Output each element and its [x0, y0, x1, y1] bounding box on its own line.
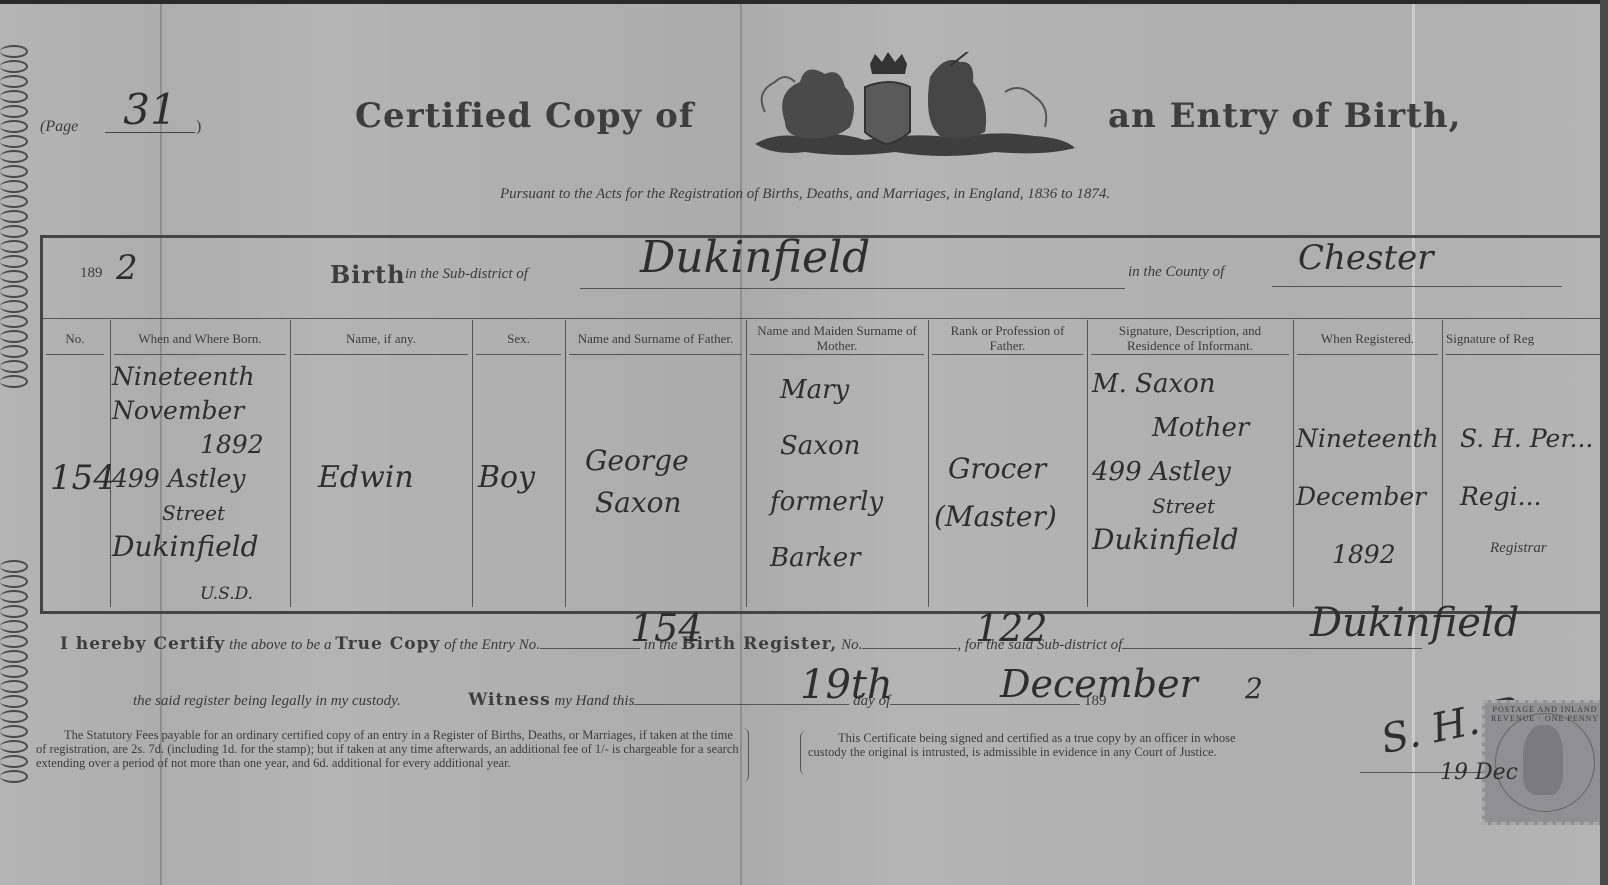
- page-label-close: ): [196, 118, 201, 136]
- spiral-binding: [0, 560, 32, 750]
- birth-address-town: Dukinfield: [112, 530, 264, 564]
- column-header-when-where-born: When and Where Born.: [114, 322, 286, 355]
- informant-address-town: Dukinfield: [1092, 518, 1249, 562]
- column-header-father-profession: Rank or Profession of Father.: [932, 322, 1083, 355]
- statutory-fees-note: The Statutory Fees payable for an ordina…: [36, 728, 746, 770]
- certified-day: 19th: [800, 662, 893, 708]
- registrar-signature-cell: S. H. Per... Regi...: [1460, 410, 1593, 526]
- column-header-informant: Signature, Description, and Residence of…: [1091, 322, 1289, 355]
- column-divider: [746, 320, 747, 607]
- spiral-binding: [0, 45, 32, 325]
- father-profession: Grocer: [948, 445, 1057, 493]
- register-no-blank: [862, 632, 957, 649]
- certified-year-suffix: 2: [1245, 672, 1263, 705]
- column-header-no: No.: [46, 322, 104, 355]
- birth-register-label: Birth Register,: [681, 634, 837, 654]
- entry-no-label: of the Entry No.: [444, 637, 540, 653]
- subdistrict-underline: [580, 287, 1125, 289]
- registered-year: 1892: [1296, 526, 1439, 584]
- column-divider: [565, 320, 566, 607]
- when-registered-cell: Nineteenth December 1892: [1296, 410, 1439, 584]
- column-header-name: Name, if any.: [294, 322, 468, 355]
- birth-address-street: 499 Astley: [112, 462, 264, 496]
- registered-day: Nineteenth: [1296, 410, 1439, 468]
- entry-number: 154: [50, 458, 115, 498]
- birth-day: Nineteenth: [112, 360, 264, 394]
- column-header-sex: Sex.: [476, 322, 561, 355]
- certify-text: the above to be a: [229, 637, 331, 653]
- subdistrict-value: Dukinfield: [640, 232, 870, 283]
- window-right-border: [1600, 0, 1608, 885]
- column-header-registrar-signature: Signature of Reg: [1446, 322, 1608, 355]
- county-label: in the County of: [1128, 264, 1224, 281]
- certification-line: I hereby Certify the above to be a True …: [60, 632, 1422, 654]
- register-no: 122: [975, 606, 1048, 650]
- column-divider: [290, 320, 291, 607]
- admissibility-note: This Certificate being signed and certif…: [808, 731, 1240, 759]
- witness-line: the said register being legally in my cu…: [133, 688, 1106, 710]
- brace: [800, 731, 807, 775]
- title-entry-of-birth: an Entry of Birth,: [1108, 96, 1461, 136]
- mother-forename: Mary: [770, 362, 883, 418]
- registered-month: December: [1296, 468, 1439, 526]
- brace: [742, 728, 749, 782]
- informant-address-street: 499 Astley: [1092, 450, 1249, 494]
- birth-address-street-suffix: Street: [112, 496, 264, 530]
- registrar-label: Registrar: [1490, 540, 1547, 557]
- when-where-born-cell: Nineteenth November 1892 499 Astley Stre…: [112, 360, 264, 564]
- county-underline: [1272, 285, 1562, 287]
- informant-description: Mother: [1092, 406, 1249, 450]
- witness-label: Witness: [468, 690, 550, 710]
- informant-signature: M. Saxon: [1092, 362, 1249, 406]
- certified-month: December: [1000, 662, 1198, 706]
- birth-address-district: U.S.D.: [200, 584, 253, 604]
- subdistrict-label: in the Sub-district of: [405, 266, 528, 283]
- child-name: Edwin: [318, 460, 414, 495]
- entry-no-blank: [540, 632, 640, 649]
- informant-address-street-suffix: Street: [1092, 494, 1249, 518]
- true-copy-label: True Copy: [335, 634, 440, 654]
- child-sex: Boy: [478, 460, 535, 495]
- title-certified-copy: Certified Copy of: [355, 96, 694, 136]
- father-surname: Saxon: [585, 482, 689, 524]
- father-profession-cell: Grocer (Master): [948, 445, 1057, 541]
- certified-entry-no: 154: [630, 606, 703, 650]
- page-number: 31: [105, 88, 195, 133]
- column-header-father: Name and Surname of Father.: [569, 322, 742, 355]
- certified-subdistrict: Dukinfield: [1310, 600, 1519, 646]
- registrar-signature-title: Regi...: [1460, 468, 1593, 526]
- column-divider: [928, 320, 929, 607]
- father-profession-status: (Master): [934, 493, 1057, 541]
- column-divider: [472, 320, 473, 607]
- column-divider: [1442, 320, 1443, 607]
- column-header-when-registered: When Registered.: [1297, 322, 1438, 355]
- stamp-text: POSTAGE AND INLAND REVENUE · ONE PENNY: [1485, 705, 1605, 723]
- registrar-signature-name: S. H. Per...: [1460, 410, 1593, 468]
- table-header-rule: [43, 318, 1608, 319]
- mother-formerly: formerly: [770, 474, 883, 530]
- hereby-certify-label: I hereby Certify: [60, 634, 225, 654]
- signature-date: 19 Dec: [1440, 760, 1518, 785]
- year-suffix: 2: [116, 248, 138, 288]
- birth-year: 1892: [112, 428, 264, 462]
- year-prefix: 189: [80, 265, 103, 282]
- mother-name-cell: Mary Saxon formerly Barker: [770, 362, 883, 586]
- column-header-mother: Name and Maiden Surname of Mother.: [750, 322, 924, 355]
- register-no-label: No.: [841, 637, 862, 653]
- queen-victoria-profile: [1523, 725, 1563, 795]
- mother-surname: Saxon: [770, 418, 883, 474]
- father-name-cell: George Saxon: [585, 440, 689, 524]
- column-divider: [1087, 320, 1088, 607]
- birth-month: November: [112, 394, 264, 428]
- custody-text: the said register being legally in my cu…: [133, 693, 401, 709]
- county-value: Chester: [1298, 238, 1434, 278]
- father-forename: George: [585, 440, 689, 482]
- column-divider: [1293, 320, 1294, 607]
- coat-of-arms-icon: [745, 52, 1080, 162]
- page-label: (Page: [40, 118, 78, 136]
- acts-subtitle: Pursuant to the Acts for the Registratio…: [500, 186, 1110, 203]
- mother-maiden-name: Barker: [770, 530, 883, 586]
- hand-this-label: my Hand this: [554, 693, 634, 709]
- birth-label: Birth: [330, 260, 406, 289]
- informant-cell: M. Saxon Mother 499 Astley Street Dukinf…: [1092, 362, 1249, 562]
